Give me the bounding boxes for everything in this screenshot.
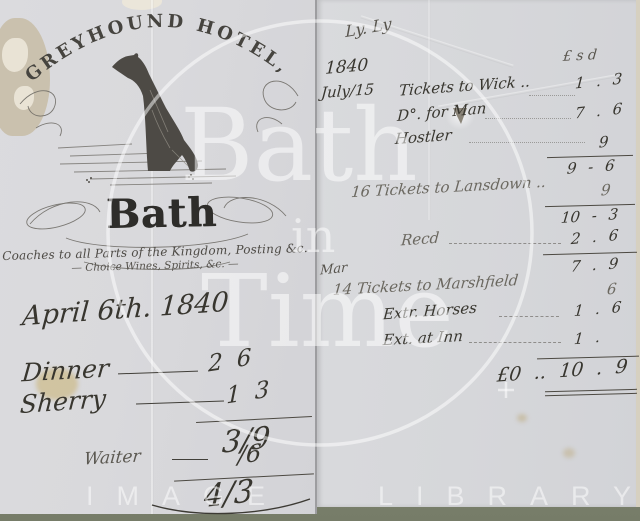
- bill-item-label: Sherry: [19, 384, 107, 419]
- invoice-left-page: GREYHOUND HOTEL,: [0, 0, 317, 514]
- leader-line: [529, 95, 575, 96]
- subtotal-amount: 10 - 3: [560, 205, 619, 227]
- entry-date: July/15: [320, 80, 374, 102]
- bill-item-amount: 2 6: [208, 344, 252, 377]
- account-right-page: Ly. Ly £ s d 1840 July/15 Tickets to Wic…: [317, 0, 636, 507]
- bill-item-amount: /6: [237, 439, 262, 470]
- item-dash: [136, 400, 224, 404]
- item-dash: [118, 371, 198, 375]
- entry-amount: 9: [600, 180, 611, 199]
- total-flourish: [150, 497, 315, 519]
- leader-line: [499, 316, 559, 317]
- entry-amount: 1 . 6: [573, 298, 622, 320]
- leader-line: [449, 243, 561, 244]
- bill-date: April 6th. 1840: [21, 287, 230, 333]
- foxing-spot: [563, 448, 575, 458]
- subtotal-amount: 9 - 6: [566, 156, 615, 178]
- entry-desc: Extr. Horses: [382, 299, 477, 324]
- entry-desc: Hostler: [394, 126, 452, 148]
- double-rule: [545, 389, 637, 392]
- entry-desc: Tickets to Wick ..: [399, 72, 531, 99]
- city-name: Bath: [106, 189, 218, 238]
- double-rule: [545, 393, 637, 396]
- entry-desc: Ext. at Inn: [382, 327, 463, 349]
- entry-desc: 14 Tickets to Marshfield: [332, 271, 519, 299]
- entry-amount: 9: [598, 132, 609, 151]
- account-total: £0 .. 10 . 9: [496, 355, 629, 386]
- bill-item-amount: 1 3: [226, 376, 270, 409]
- currency-column-header: £ s d: [562, 47, 597, 65]
- bill-item-label: Dinner: [21, 354, 110, 388]
- entry-desc: Recd: [400, 229, 439, 250]
- entry-amount: 7 . 6: [574, 99, 622, 122]
- leader-line: [469, 342, 561, 343]
- entry-amount: 1 .: [573, 328, 601, 348]
- foxing-spot: [517, 414, 527, 422]
- entry-month: Mar: [320, 261, 348, 279]
- scanned-hotel-bill: GREYHOUND HOTEL,: [0, 0, 640, 521]
- leader-line: [469, 142, 585, 143]
- subtotal-rule: [543, 252, 637, 255]
- item-dash: [172, 459, 208, 460]
- entry-amount: 1 . 3: [574, 69, 622, 92]
- ledger-year: 1840: [325, 55, 369, 79]
- svg-text:GREYHOUND HOTEL,: GREYHOUND HOTEL,: [21, 11, 293, 86]
- ledger-note: Ly. Ly: [345, 14, 391, 41]
- subtotal-amount: 7 . 9: [570, 254, 619, 275]
- hotel-name-arched: GREYHOUND HOTEL,: [21, 11, 293, 86]
- entry-amount: 2 . 6: [570, 226, 619, 248]
- entry-amount: 6: [606, 279, 617, 298]
- leader-line: [485, 118, 571, 119]
- entry-desc: 16 Tickets to Lansdown ..: [350, 173, 546, 201]
- bill-item-label: Waiter: [83, 446, 141, 469]
